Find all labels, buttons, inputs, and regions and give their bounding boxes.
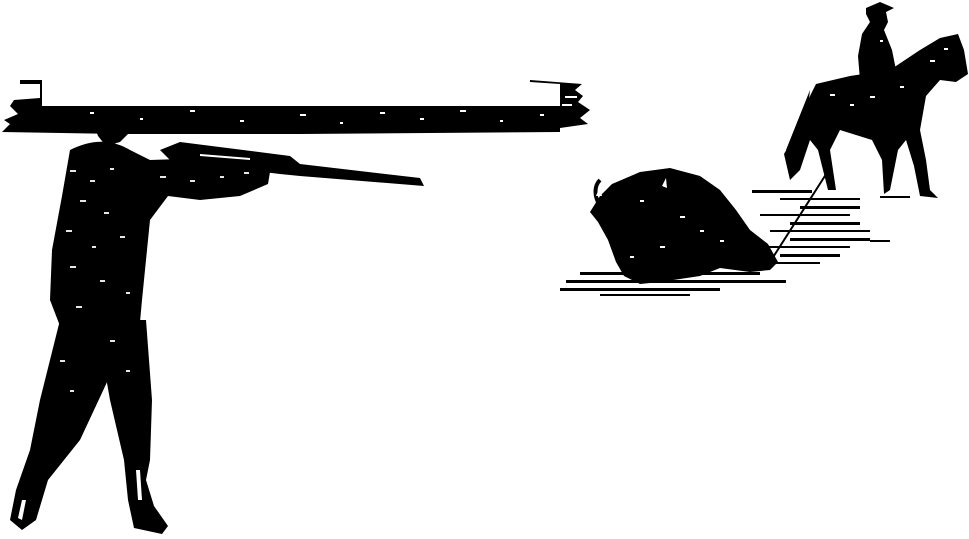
horizontal-band	[2, 80, 590, 134]
bison	[590, 168, 778, 284]
rifleman	[10, 107, 270, 534]
rider	[784, 2, 968, 198]
illustration	[0, 0, 969, 539]
